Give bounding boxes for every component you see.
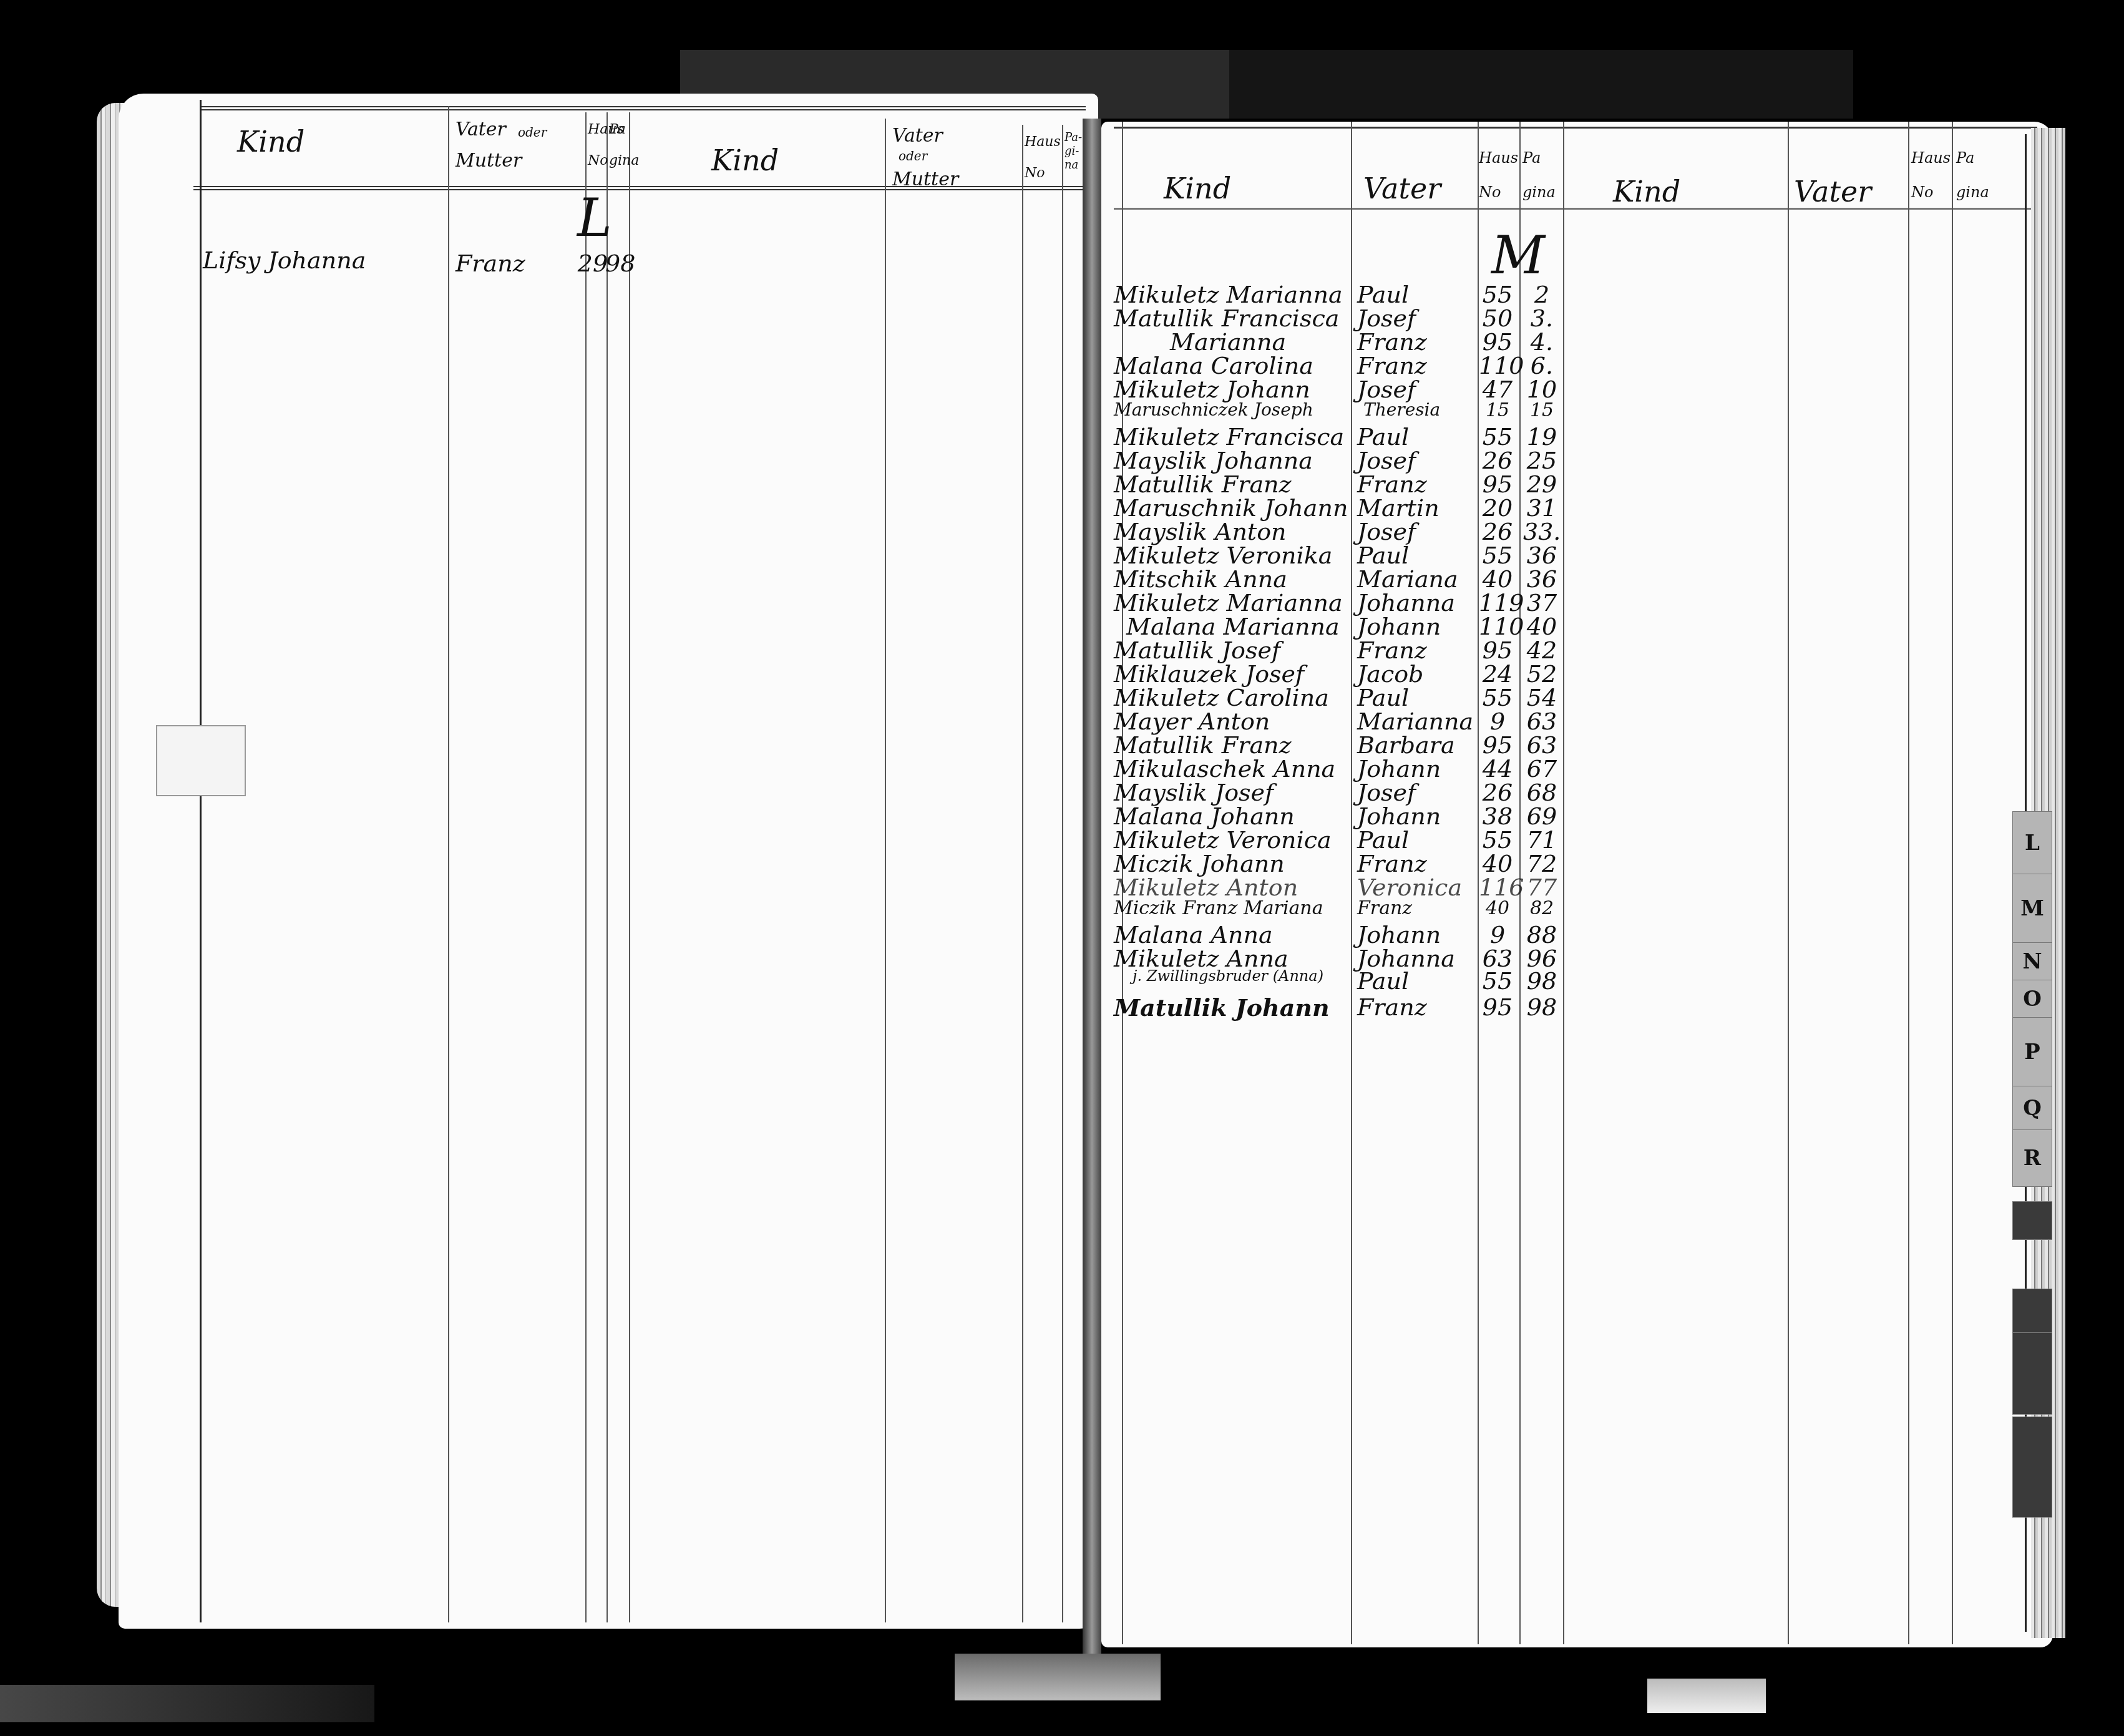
entry-kind: j. Zwillingsbruder (Anna) bbox=[1133, 967, 1323, 985]
header-haus-2: Haus bbox=[1911, 147, 1951, 169]
column-line bbox=[1022, 125, 1023, 1622]
register-entry: Matullik Francisca Josef 50 3. bbox=[1101, 305, 1576, 331]
index-tab-q[interactable]: Q bbox=[2012, 1086, 2052, 1131]
header-mutter-2: Mutter bbox=[892, 168, 958, 191]
register-entry: Malana Johann Johann 38 69 bbox=[1101, 802, 1576, 829]
register-entry: Malana Carolina Franz 110 6. bbox=[1101, 352, 1576, 378]
header-pagina-2: Pa- bbox=[1064, 131, 1082, 145]
register-entry: Mikuletz Veronica Paul 55 71 bbox=[1101, 826, 1576, 852]
section-letter-m: M bbox=[1491, 225, 1545, 286]
register-entry: Matullik Franz Franz 95 29 bbox=[1101, 471, 1576, 497]
index-tab-dark[interactable] bbox=[2012, 1417, 2052, 1518]
entry-kind: Matullik Johann bbox=[1114, 993, 1330, 1022]
header-vater: Vater bbox=[1363, 172, 1441, 205]
header-pagina-sub: gina bbox=[609, 150, 639, 172]
header-rule bbox=[1114, 208, 2037, 210]
entry-vater: Franz bbox=[1357, 993, 1427, 1021]
register-entry: Mikuletz Marianna Paul 55 2 bbox=[1101, 281, 1576, 307]
header-haus: Haus bbox=[1479, 147, 1518, 169]
book-stand-left bbox=[955, 1654, 1161, 1700]
register-entry: Mikuletz Veronika Paul 55 36 bbox=[1101, 542, 1576, 568]
register-entry: Maruschnik Johann Martin 20 31 bbox=[1101, 494, 1576, 520]
header-haus-no-2: No bbox=[1025, 162, 1045, 185]
right-page: Kind Vater Haus No Pa gina Kind Vater Ha… bbox=[1101, 122, 2053, 1647]
index-tab-m[interactable]: M bbox=[2012, 874, 2052, 944]
column-line bbox=[585, 112, 587, 1622]
column-line bbox=[1062, 125, 1063, 1622]
entry-kind: Lifsy Johanna bbox=[203, 246, 366, 274]
register-entry: Miklauzek Josef Jacob 24 52 bbox=[1101, 660, 1576, 686]
header-kind-2: Kind bbox=[711, 144, 779, 177]
header-vater-2: Vater bbox=[892, 125, 943, 147]
entry-vater: Franz bbox=[1357, 897, 1412, 919]
entry-pagina: 98 bbox=[1523, 993, 1561, 1021]
register-entry: Mikuletz Carolina Paul 55 54 bbox=[1101, 684, 1576, 710]
floor-shadow bbox=[0, 1685, 374, 1722]
register-entry: Mayslik Anton Josef 26 33. bbox=[1101, 518, 1576, 544]
header-haus-no-2: No bbox=[1911, 181, 1933, 203]
book-stand-right bbox=[1647, 1679, 1766, 1713]
section-letter-l: L bbox=[577, 187, 612, 248]
register-entry: Maruschniczek Joseph Theresia 15 15 bbox=[1101, 399, 1576, 426]
index-tab-dark[interactable] bbox=[2012, 1289, 2052, 1334]
index-tab-o[interactable]: O bbox=[2012, 980, 2052, 1018]
header-pagina: Pa bbox=[609, 119, 626, 141]
header-mutter: Mutter bbox=[455, 150, 522, 172]
book-spine bbox=[1083, 119, 1101, 1654]
register-entry: Mikuletz Johann Josef 47 10 bbox=[1101, 376, 1576, 402]
entry-pagina: 98 bbox=[1523, 967, 1561, 995]
register-entries: Mikuletz Marianna Paul 55 2 Matullik Fra… bbox=[1101, 281, 1576, 1154]
entry-haus: 15 bbox=[1479, 399, 1516, 421]
entry-vater: Franz bbox=[455, 250, 525, 277]
register-entry: j. Zwillingsbruder (Anna) Paul 55 98 bbox=[1101, 967, 1576, 993]
header-kind: Kind bbox=[237, 125, 304, 158]
column-line bbox=[607, 112, 608, 1622]
header-vater: Vater bbox=[455, 119, 506, 141]
header-oder: oder bbox=[518, 125, 547, 140]
register-entry: Miczik Franz Mariana Franz 40 82 bbox=[1101, 897, 1576, 924]
register-entry: Matullik Josef Franz 95 42 bbox=[1101, 636, 1576, 663]
column-line bbox=[1952, 122, 1953, 1644]
index-tab-r[interactable]: R bbox=[2012, 1129, 2052, 1187]
header-pagina-2-mid: gi- bbox=[1064, 145, 1079, 158]
header-oder-2: oder bbox=[899, 145, 927, 167]
register-entry: Mayer Anton Marianna 9 63 bbox=[1101, 708, 1576, 734]
header-haus-no: No bbox=[1479, 181, 1501, 203]
entry-pagina: 82 bbox=[1523, 897, 1561, 919]
header-pagina: Pa bbox=[1522, 147, 1541, 169]
register-entry: Mikulaschek Anna Johann 44 67 bbox=[1101, 755, 1576, 781]
top-rule bbox=[1114, 127, 2037, 129]
column-line bbox=[1788, 122, 1789, 1644]
register-entry: Mayslik Johanna Josef 26 25 bbox=[1101, 447, 1576, 473]
entry-pagina: 15 bbox=[1523, 399, 1561, 421]
header-kind: Kind bbox=[1164, 172, 1231, 205]
entry-vater: Theresia bbox=[1363, 399, 1440, 420]
entry-haus: 40 bbox=[1479, 897, 1516, 919]
header-haus-no: No bbox=[588, 150, 608, 172]
entry-vater: Paul bbox=[1357, 967, 1409, 995]
column-line bbox=[885, 119, 886, 1622]
top-rule bbox=[200, 106, 1086, 110]
register-entry: Matullik Franz Barbara 95 63 bbox=[1101, 731, 1576, 758]
register-entry: Mikuletz Marianna Johanna 119 37 bbox=[1101, 589, 1576, 615]
header-pagina-2-sub: na bbox=[1064, 158, 1078, 172]
header-vater-2: Vater bbox=[1794, 175, 1871, 208]
entry-pagina: 98 bbox=[605, 250, 630, 277]
background-shadow bbox=[1229, 50, 1853, 119]
entry-haus: 95 bbox=[1479, 993, 1516, 1021]
entry-kind: Maruschniczek Joseph bbox=[1114, 399, 1313, 420]
column-line bbox=[629, 112, 630, 1622]
header-pagina-2: Pa bbox=[1956, 147, 1974, 169]
page-marker-slip bbox=[156, 725, 246, 796]
register-entry: Malana Marianna Johann 110 40 bbox=[1101, 613, 1576, 639]
index-tab-dark[interactable] bbox=[2012, 1332, 2052, 1415]
header-pagina-sub: gina bbox=[1522, 181, 1556, 203]
register-entry: Marianna Franz 95 4. bbox=[1101, 328, 1576, 354]
register-entry: Mikuletz Francisca Paul 55 19 bbox=[1101, 423, 1576, 449]
register-entry: Miczik Johann Franz 40 72 bbox=[1101, 850, 1576, 876]
register-entry: Mitschik Anna Mariana 40 36 bbox=[1101, 565, 1576, 592]
index-tab-n[interactable]: N bbox=[2012, 942, 2052, 981]
register-entry: Malana Anna Johann 9 88 bbox=[1101, 921, 1576, 947]
index-tab-p[interactable]: P bbox=[2012, 1017, 2052, 1087]
header-kind-2: Kind bbox=[1613, 175, 1680, 208]
entry-kind: Miczik Franz Mariana bbox=[1114, 897, 1323, 919]
index-tab-l[interactable]: L bbox=[2012, 811, 2052, 875]
column-line bbox=[200, 100, 202, 1622]
column-line bbox=[448, 106, 449, 1622]
register-entry: Mikuletz Anton Veronica 116 77 bbox=[1101, 874, 1576, 900]
register-entry: Matullik Johann Franz 95 98 bbox=[1101, 993, 1576, 1020]
left-page: Kind Vater Mutter oder Haus No Pa gina K… bbox=[119, 94, 1098, 1629]
register-entry: Mayslik Josef Josef 26 68 bbox=[1101, 779, 1576, 805]
entry-haus: 29 bbox=[577, 250, 608, 277]
column-line bbox=[1908, 122, 1909, 1644]
entry-haus: 55 bbox=[1479, 967, 1516, 995]
index-tab-dark[interactable] bbox=[2012, 1201, 2052, 1240]
header-pagina-2-sub: gina bbox=[1956, 181, 1989, 203]
header-haus-2: Haus bbox=[1025, 131, 1061, 154]
